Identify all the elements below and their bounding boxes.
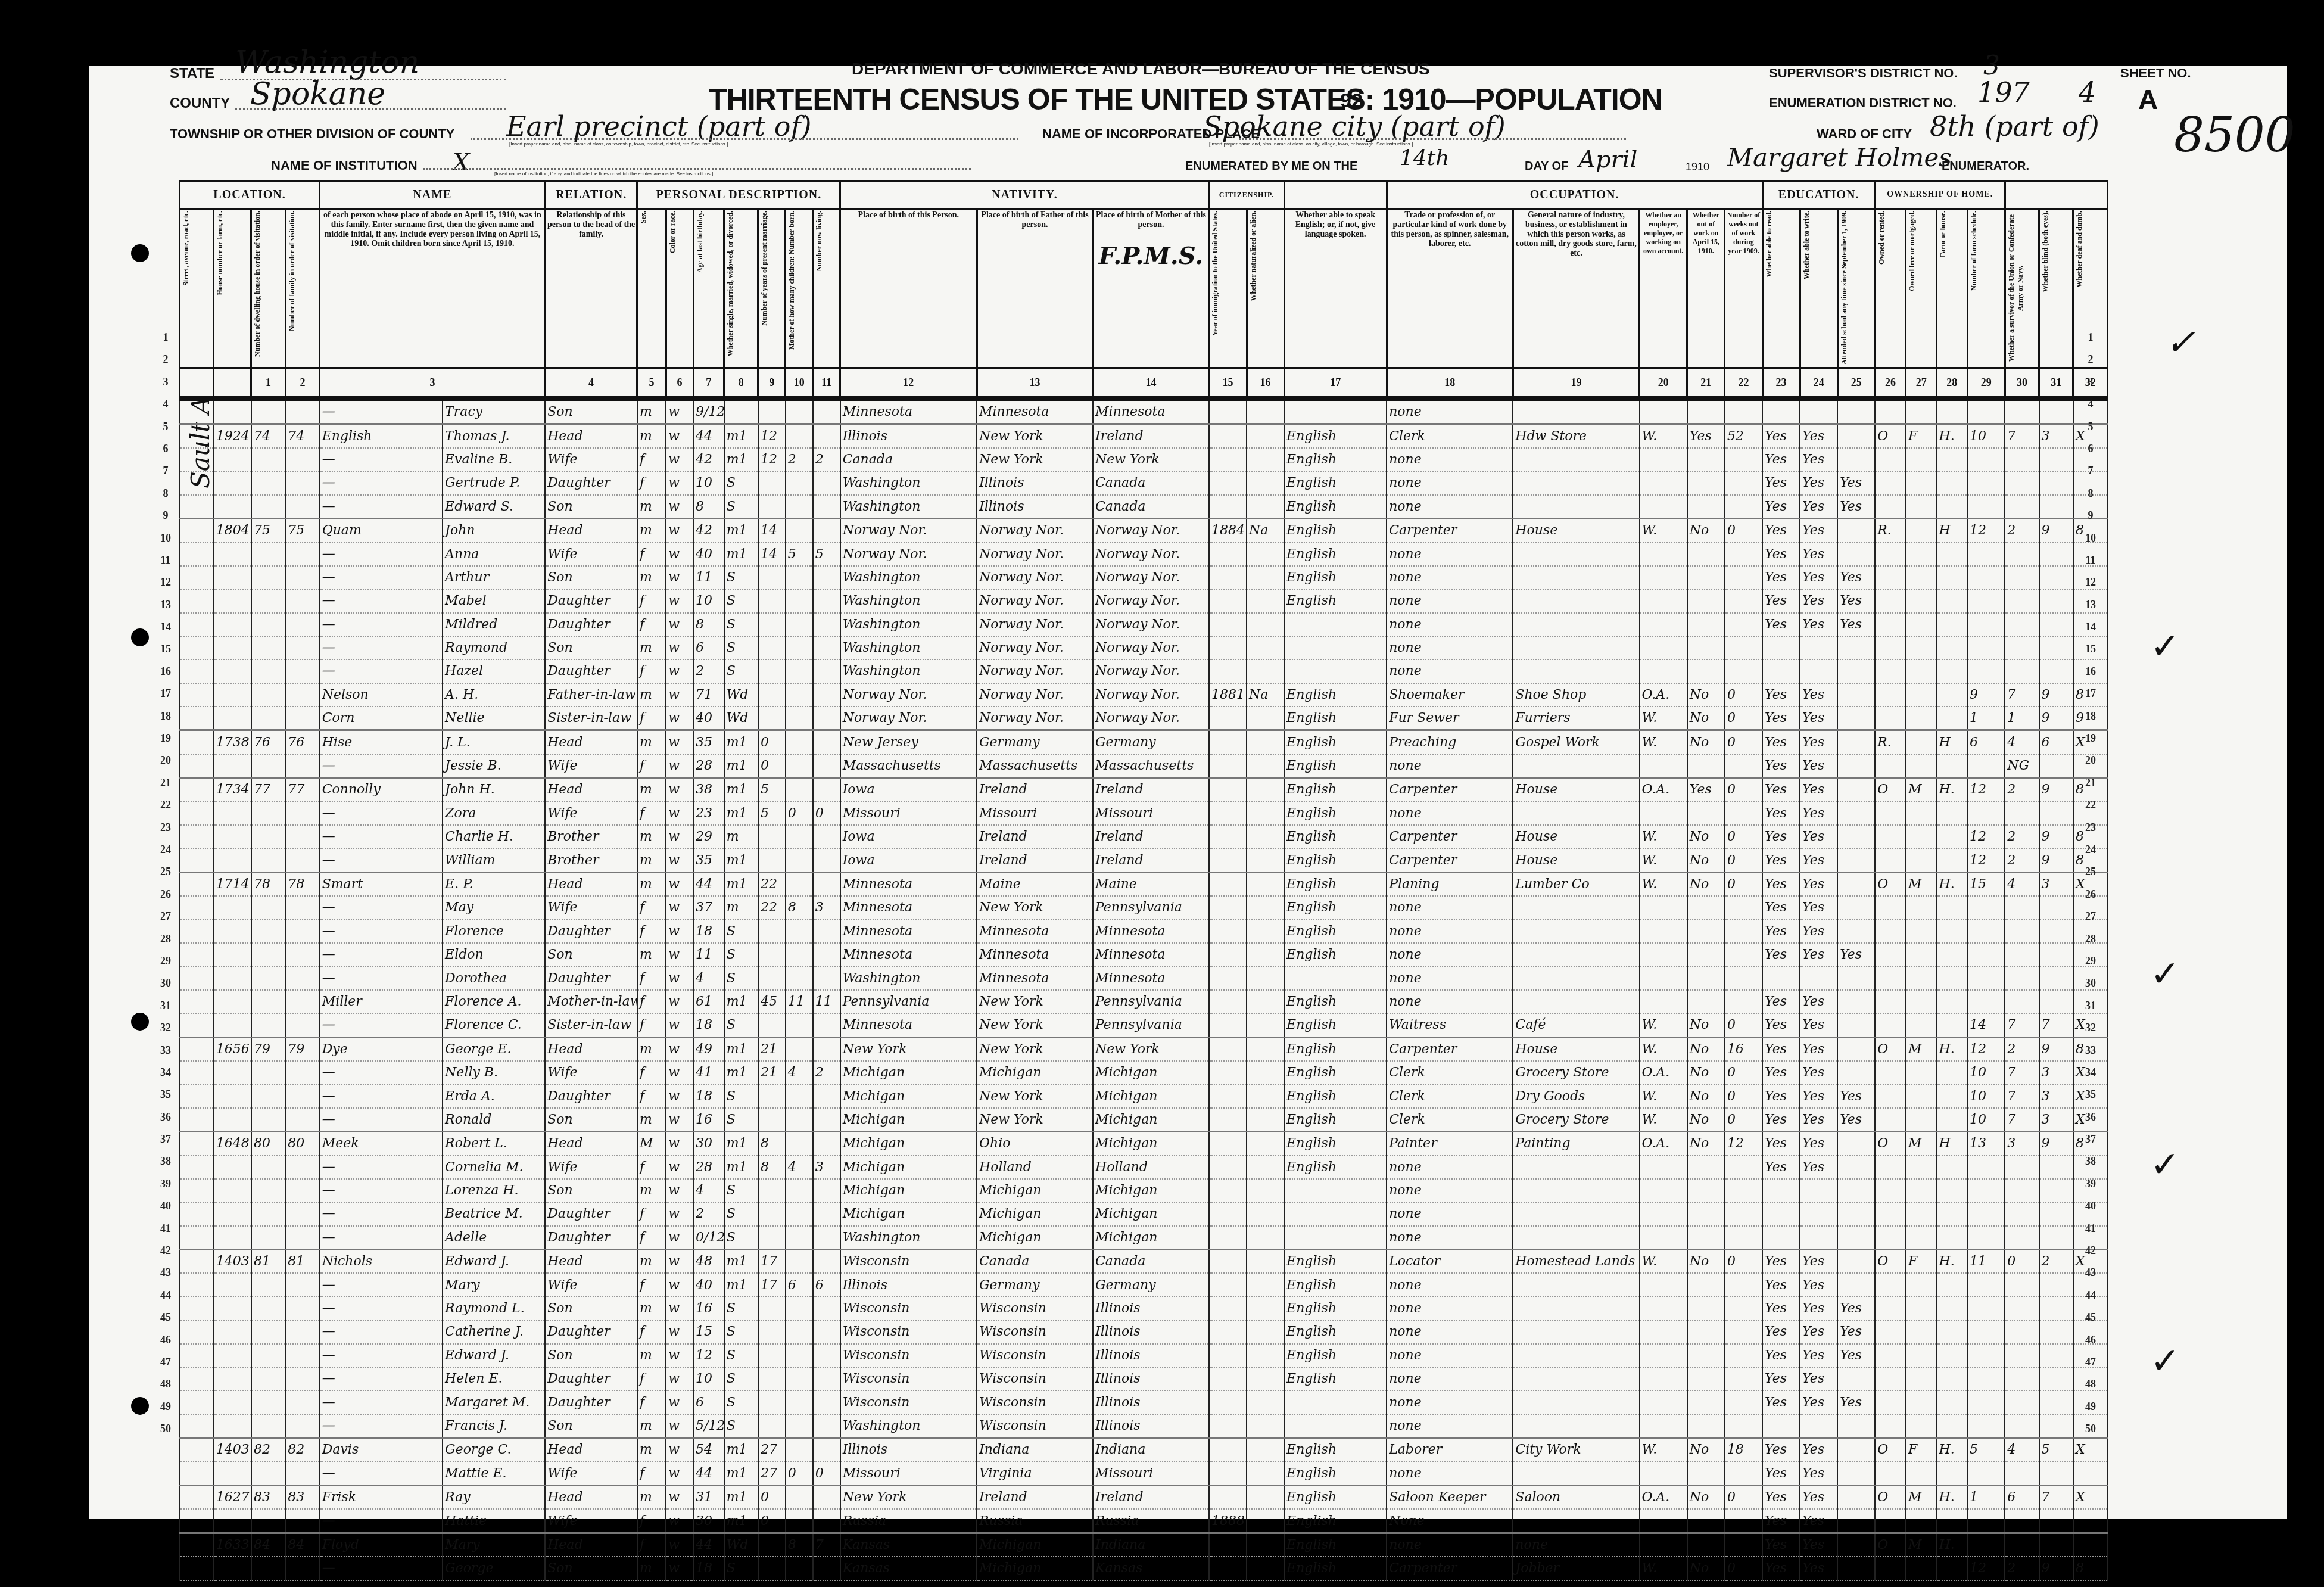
- cell-c30: [2005, 399, 2039, 424]
- cell-read: Yes: [1762, 542, 1800, 565]
- cell-trade: Clerk: [1387, 1084, 1513, 1107]
- county-value: Spokane: [250, 76, 385, 112]
- cell-read: Yes: [1762, 802, 1800, 825]
- cell-out: [1687, 448, 1725, 471]
- cell-family: [285, 1320, 319, 1343]
- cell-c30: 2: [2005, 1037, 2039, 1061]
- column-number: 22: [1725, 368, 1762, 399]
- cell-years_married: 0: [758, 1485, 786, 1509]
- cell-given: John H.: [443, 778, 545, 802]
- cell-sched: 12: [1967, 778, 2005, 802]
- cell-living: [813, 1320, 840, 1343]
- cell-given: Mary: [443, 1533, 545, 1557]
- cell-birth: Iowa: [840, 778, 977, 802]
- cell-sex: f: [637, 542, 666, 565]
- cell-c30: 4: [2005, 730, 2039, 754]
- cell-c31: [2039, 613, 2073, 636]
- cell-own: [1875, 1297, 1906, 1320]
- cell-own: [1875, 1367, 1906, 1390]
- cell-trade: none: [1387, 943, 1513, 966]
- cell-mother: Illinois: [1093, 1297, 1209, 1320]
- cell-weeks: 16: [1725, 1037, 1762, 1061]
- cell-surname: —: [320, 1462, 443, 1486]
- column-number: 3: [320, 368, 546, 399]
- cell-birth: Washington: [840, 1414, 977, 1438]
- cell-write: [1800, 1226, 1837, 1250]
- cell-write: Yes: [1800, 730, 1837, 754]
- cell-emp: O.A.: [1640, 778, 1687, 802]
- cell-relation: Son: [545, 1179, 637, 1202]
- cell-mother: Germany: [1093, 1273, 1209, 1296]
- cell-out: [1687, 1202, 1725, 1225]
- cell-house: [214, 966, 251, 989]
- cell-industry: Homestead Lands: [1513, 1250, 1639, 1274]
- cell-sex: f: [637, 707, 666, 730]
- cell-family: [285, 566, 319, 589]
- cell-street: [180, 1132, 214, 1156]
- cell-lang: English: [1284, 1367, 1387, 1390]
- cell-birth: Illinois: [840, 424, 977, 448]
- cell-street: [180, 448, 214, 471]
- cell-sched: 1: [1967, 707, 2005, 730]
- cell-sex: m: [637, 566, 666, 589]
- cell-free: M: [1906, 1132, 1937, 1156]
- binder-hole: [131, 1397, 149, 1415]
- cell-sched: [1967, 636, 2005, 659]
- cell-free: [1906, 1509, 1937, 1533]
- line-number: 42: [2079, 1240, 2102, 1262]
- cell-father: New York: [977, 424, 1093, 448]
- cell-living: [813, 1367, 840, 1390]
- cell-house: [214, 448, 251, 471]
- cell-industry: Grocery Store: [1513, 1108, 1639, 1132]
- cell-nat: [1247, 1297, 1284, 1320]
- cell-write: [1800, 1414, 1837, 1438]
- cell-emp: [1640, 1156, 1687, 1179]
- col-blind: Whether blind (both eyes).: [2041, 211, 2050, 292]
- cell-school: [1837, 1132, 1875, 1156]
- cell-born: [786, 471, 813, 494]
- col-farm-schedule: Number of farm schedule.: [1970, 211, 1979, 291]
- cell-farm: [1937, 399, 1968, 424]
- cell-weeks: [1725, 802, 1762, 825]
- cell-born: [786, 1438, 813, 1462]
- cell-weeks: 0: [1725, 518, 1762, 542]
- cell-family: [285, 896, 319, 919]
- cell-out: No: [1687, 1084, 1725, 1107]
- cell-out: No: [1687, 1132, 1725, 1156]
- cell-weeks: [1725, 448, 1762, 471]
- cell-read: [1762, 659, 1800, 683]
- line-number: 45: [2079, 1306, 2102, 1328]
- cell-sex: f: [637, 966, 666, 989]
- census-table: LOCATION. NAME RELATION. PERSONAL DESCRI…: [179, 180, 2108, 1581]
- cell-write: Yes: [1800, 518, 1837, 542]
- cell-born: [786, 613, 813, 636]
- cell-family: [285, 1509, 319, 1533]
- cell-relation: Son: [545, 1108, 637, 1132]
- cell-lang: English: [1284, 1485, 1387, 1509]
- line-number: 36: [2079, 1106, 2102, 1128]
- cell-farm: [1937, 542, 1968, 565]
- cell-mother: Illinois: [1093, 1390, 1209, 1414]
- cell-father: Ohio: [977, 1132, 1093, 1156]
- cell-father: Michigan: [977, 1226, 1093, 1250]
- cell-emp: [1640, 1273, 1687, 1296]
- cell-born: [786, 1250, 813, 1274]
- cell-family: [285, 1179, 319, 1202]
- cell-sex: f: [637, 920, 666, 943]
- cell-sched: [1967, 754, 2005, 778]
- cell-nat: [1247, 1226, 1284, 1250]
- incorporated-place-line: [1239, 138, 1626, 140]
- cell-free: [1906, 1320, 1937, 1343]
- cell-years_married: [758, 966, 786, 989]
- cell-years_married: [758, 1390, 786, 1414]
- cell-born: 8: [786, 1533, 813, 1557]
- line-number: 29: [2079, 950, 2102, 972]
- cell-father: Michigan: [977, 1557, 1093, 1580]
- cell-own: [1875, 896, 1906, 919]
- cell-own: O: [1875, 778, 1906, 802]
- cell-dwelling: [251, 1013, 285, 1037]
- cell-free: [1906, 943, 1937, 966]
- table-row: —Mattie E.Wifefw44m12700MissouriVirginia…: [180, 1462, 2108, 1486]
- form-code: 92: [1340, 89, 1363, 113]
- cell-mother: Ireland: [1093, 778, 1209, 802]
- cell-own: [1875, 495, 1906, 519]
- cell-age: 4: [693, 1179, 724, 1202]
- line-number: 7: [2079, 460, 2102, 482]
- table-row: —ArthurSonmw11SWashingtonNorway Nor.Norw…: [180, 566, 2108, 589]
- table-row: —AnnaWifefw40m11455Norway Nor.Norway Nor…: [180, 542, 2108, 565]
- cell-industry: Café: [1513, 1013, 1639, 1037]
- cell-nat: [1247, 542, 1284, 565]
- cell-school: Yes: [1837, 1320, 1875, 1343]
- cell-read: Yes: [1762, 1462, 1800, 1486]
- cell-family: 75: [285, 518, 319, 542]
- cell-given: Hazel: [443, 659, 545, 683]
- cell-read: Yes: [1762, 1320, 1800, 1343]
- cell-relation: Son: [545, 495, 637, 519]
- cell-weeks: 0: [1725, 1013, 1762, 1037]
- table-row: 16567979DyeGeorge E.Headmw49m121New York…: [180, 1037, 2108, 1061]
- cell-father: Maine: [977, 872, 1093, 896]
- cell-industry: Saloon: [1513, 1485, 1639, 1509]
- cell-school: [1837, 1462, 1875, 1486]
- ward-value: 8th (part of): [1930, 110, 2099, 142]
- cell-years_married: 21: [758, 1061, 786, 1084]
- cell-relation: Son: [545, 636, 637, 659]
- cell-imm: 1884: [1209, 518, 1247, 542]
- cell-given: Adelle: [443, 1226, 545, 1250]
- cell-born: [786, 424, 813, 448]
- cell-race: w: [666, 471, 693, 494]
- cell-father: Minnesota: [977, 943, 1093, 966]
- cell-weeks: [1725, 1156, 1762, 1179]
- cell-surname: —: [320, 896, 443, 919]
- cell-father: Minnesota: [977, 399, 1093, 424]
- cell-race: w: [666, 683, 693, 707]
- cell-relation: Brother: [545, 825, 637, 848]
- cell-imm: [1209, 730, 1247, 754]
- cell-marital: m1: [724, 1037, 758, 1061]
- township-label: TOWNSHIP OR OTHER DIVISION OF COUNTY: [170, 126, 454, 142]
- cell-out: No: [1687, 1438, 1725, 1462]
- cell-mother: Norway Nor.: [1093, 542, 1209, 565]
- cell-write: Yes: [1800, 896, 1837, 919]
- cell-free: [1906, 659, 1937, 683]
- cell-house: [214, 1226, 251, 1250]
- cell-c31: [2039, 1226, 2073, 1250]
- cell-living: [813, 1344, 840, 1367]
- cell-c31: [2039, 896, 2073, 919]
- cell-write: Yes: [1800, 1438, 1837, 1462]
- cell-out: No: [1687, 1061, 1725, 1084]
- line-number: 26: [154, 883, 177, 905]
- cell-house: 1924: [214, 424, 251, 448]
- cell-race: w: [666, 966, 693, 989]
- cell-c30: [2005, 1509, 2039, 1533]
- cell-living: 0: [813, 802, 840, 825]
- cell-race: w: [666, 825, 693, 848]
- cell-weeks: [1725, 1297, 1762, 1320]
- cell-given: Florence A.: [443, 990, 545, 1013]
- cell-own: [1875, 1156, 1906, 1179]
- cell-weeks: [1725, 920, 1762, 943]
- cell-house: [214, 1013, 251, 1037]
- cell-weeks: [1725, 589, 1762, 612]
- cell-years_married: 22: [758, 872, 786, 896]
- cell-own: [1875, 990, 1906, 1013]
- cell-free: [1906, 920, 1937, 943]
- cell-age: 11: [693, 943, 724, 966]
- cell-race: w: [666, 495, 693, 519]
- cell-surname: —: [320, 1390, 443, 1414]
- line-number: 46: [154, 1329, 177, 1351]
- cell-nat: [1247, 872, 1284, 896]
- cell-weeks: [1725, 1509, 1762, 1533]
- cell-born: [786, 636, 813, 659]
- cell-industry: [1513, 495, 1639, 519]
- cell-own: [1875, 1061, 1906, 1084]
- cell-c30: [2005, 1390, 2039, 1414]
- cell-sex: m: [637, 1438, 666, 1462]
- cell-years_married: [758, 1367, 786, 1390]
- cell-weeks: [1725, 1320, 1762, 1343]
- cell-trade: none: [1387, 754, 1513, 778]
- cell-own: R.: [1875, 730, 1906, 754]
- cell-birth: Norway Nor.: [840, 683, 977, 707]
- cell-farm: [1937, 1108, 1968, 1132]
- cell-farm: [1937, 1414, 1968, 1438]
- cell-trade: Carpenter: [1387, 825, 1513, 848]
- cell-industry: [1513, 1367, 1639, 1390]
- cell-lang: English: [1284, 707, 1387, 730]
- cell-industry: [1513, 802, 1639, 825]
- cell-surname: —: [320, 659, 443, 683]
- cell-birth: Iowa: [840, 825, 977, 848]
- cell-school: [1837, 1013, 1875, 1037]
- column-number: 16: [1247, 368, 1284, 399]
- cell-family: [285, 471, 319, 494]
- cell-own: [1875, 1414, 1906, 1438]
- cell-family: [285, 802, 319, 825]
- cell-lang: English: [1284, 1156, 1387, 1179]
- cell-race: w: [666, 802, 693, 825]
- cell-industry: [1513, 659, 1639, 683]
- line-number: 44: [154, 1284, 177, 1306]
- cell-sex: f: [637, 1533, 666, 1557]
- cell-sched: 15: [1967, 872, 2005, 896]
- cell-imm: [1209, 1557, 1247, 1580]
- cell-industry: [1513, 943, 1639, 966]
- cell-weeks: 0: [1725, 1061, 1762, 1084]
- cell-house: [214, 1061, 251, 1084]
- cell-mother: Missouri: [1093, 1462, 1209, 1486]
- line-number: 30: [154, 972, 177, 994]
- line-number: 14: [2079, 616, 2102, 638]
- cell-sex: f: [637, 802, 666, 825]
- page-title: THIRTEENTH CENSUS OF THE UNITED STATES: …: [709, 82, 1662, 117]
- cell-birth: Minnesota: [840, 920, 977, 943]
- cell-house: 1738: [214, 730, 251, 754]
- cell-birth: Washington: [840, 495, 977, 519]
- cell-sex: m: [637, 1250, 666, 1274]
- cell-relation: Head: [545, 1438, 637, 1462]
- cell-age: 61: [693, 990, 724, 1013]
- table-row: —Edward J.Sonmw12SWisconsinWisconsinIlli…: [180, 1344, 2108, 1367]
- cell-farm: H.: [1937, 1250, 1968, 1274]
- cell-c31: 9: [2039, 848, 2073, 872]
- cell-school: [1837, 1414, 1875, 1438]
- cell-write: Yes: [1800, 542, 1837, 565]
- cell-years_married: 14: [758, 518, 786, 542]
- cell-industry: [1513, 1156, 1639, 1179]
- cell-emp: [1640, 1414, 1687, 1438]
- cell-dwelling: [251, 754, 285, 778]
- cell-age: 4: [693, 966, 724, 989]
- cell-read: Yes: [1762, 1250, 1800, 1274]
- line-number: 35: [2079, 1084, 2102, 1106]
- cell-house: [214, 707, 251, 730]
- cell-street: [180, 1438, 214, 1462]
- cell-sex: f: [637, 1202, 666, 1225]
- table-row: 17147878SmartE. P.Headmw44m122MinnesotaM…: [180, 872, 2108, 896]
- cell-read: Yes: [1762, 1061, 1800, 1084]
- cell-c30: 1: [2005, 707, 2039, 730]
- cell-relation: Head: [545, 872, 637, 896]
- cell-write: Yes: [1800, 990, 1837, 1013]
- cell-sched: 12: [1967, 1037, 2005, 1061]
- cell-given: Anna: [443, 542, 545, 565]
- cell-years_married: [758, 1084, 786, 1107]
- cell-birth: Washington: [840, 471, 977, 494]
- cell-industry: House: [1513, 1037, 1639, 1061]
- cell-age: 18: [693, 1013, 724, 1037]
- cell-house: [214, 825, 251, 848]
- cell-nat: [1247, 1037, 1284, 1061]
- cell-sched: [1967, 1390, 2005, 1414]
- table-row: 14038282DavisGeorge C.Headmw54m127Illino…: [180, 1438, 2108, 1462]
- cell-weeks: 0: [1725, 1108, 1762, 1132]
- cell-c30: 7: [2005, 1013, 2039, 1037]
- cell-sex: f: [637, 1226, 666, 1250]
- cell-living: 3: [813, 896, 840, 919]
- col-industry: General nature of industry, business, or…: [1513, 209, 1639, 368]
- col-survivor: Whether a survivor of the Union or Confe…: [2007, 211, 2025, 366]
- cell-street: [180, 542, 214, 565]
- cell-out: [1687, 1273, 1725, 1296]
- cell-father: New York: [977, 990, 1093, 1013]
- cell-father: Michigan: [977, 1061, 1093, 1084]
- cell-trade: none: [1387, 1226, 1513, 1250]
- cell-father: New York: [977, 1108, 1093, 1132]
- cell-lang: [1284, 966, 1387, 989]
- cell-c31: [2039, 636, 2073, 659]
- cell-race: w: [666, 1037, 693, 1061]
- cell-house: [214, 1202, 251, 1225]
- cell-sched: [1967, 1156, 2005, 1179]
- cell-relation: Daughter: [545, 920, 637, 943]
- cell-imm: [1209, 1320, 1247, 1343]
- cell-race: w: [666, 1013, 693, 1037]
- cell-relation: Daughter: [545, 659, 637, 683]
- cell-dwelling: [251, 1061, 285, 1084]
- cell-sched: [1967, 399, 2005, 424]
- cell-years_married: 17: [758, 1273, 786, 1296]
- cell-imm: [1209, 1485, 1247, 1509]
- cell-relation: Daughter: [545, 1367, 637, 1390]
- cell-emp: [1640, 1297, 1687, 1320]
- cell-out: [1687, 542, 1725, 565]
- cell-born: [786, 1202, 813, 1225]
- cell-father: Minnesota: [977, 920, 1093, 943]
- cell-nat: [1247, 1084, 1284, 1107]
- cell-nat: [1247, 613, 1284, 636]
- cell-write: Yes: [1800, 566, 1837, 589]
- cell-emp: [1640, 1179, 1687, 1202]
- cell-farm: [1937, 920, 1968, 943]
- cell-sex: m: [637, 848, 666, 872]
- cell-family: [285, 1557, 319, 1580]
- cell-years_married: 27: [758, 1438, 786, 1462]
- cell-sex: f: [637, 1084, 666, 1107]
- cell-race: w: [666, 1297, 693, 1320]
- cell-write: Yes: [1800, 1297, 1837, 1320]
- cell-birth: Washington: [840, 589, 977, 612]
- cell-dwelling: [251, 589, 285, 612]
- cell-out: Yes: [1687, 424, 1725, 448]
- cell-mother: Norway Nor.: [1093, 518, 1209, 542]
- cell-farm: [1937, 1344, 1968, 1367]
- cell-given: Gertrude P.: [443, 471, 545, 494]
- cell-father: Minnesota: [977, 966, 1093, 989]
- cell-house: 1627: [214, 1485, 251, 1509]
- cell-sex: f: [637, 990, 666, 1013]
- column-number: 11: [813, 368, 840, 399]
- cell-read: Yes: [1762, 1557, 1800, 1580]
- cell-marital: S: [724, 566, 758, 589]
- cell-marital: m1: [724, 1250, 758, 1274]
- cell-mother: Kansas: [1093, 1557, 1209, 1580]
- cell-years_married: 5: [758, 802, 786, 825]
- cell-dwelling: [251, 1557, 285, 1580]
- cell-out: [1687, 1179, 1725, 1202]
- cell-sched: 14: [1967, 1013, 2005, 1037]
- cell-out: [1687, 754, 1725, 778]
- cell-given: Edward S.: [443, 495, 545, 519]
